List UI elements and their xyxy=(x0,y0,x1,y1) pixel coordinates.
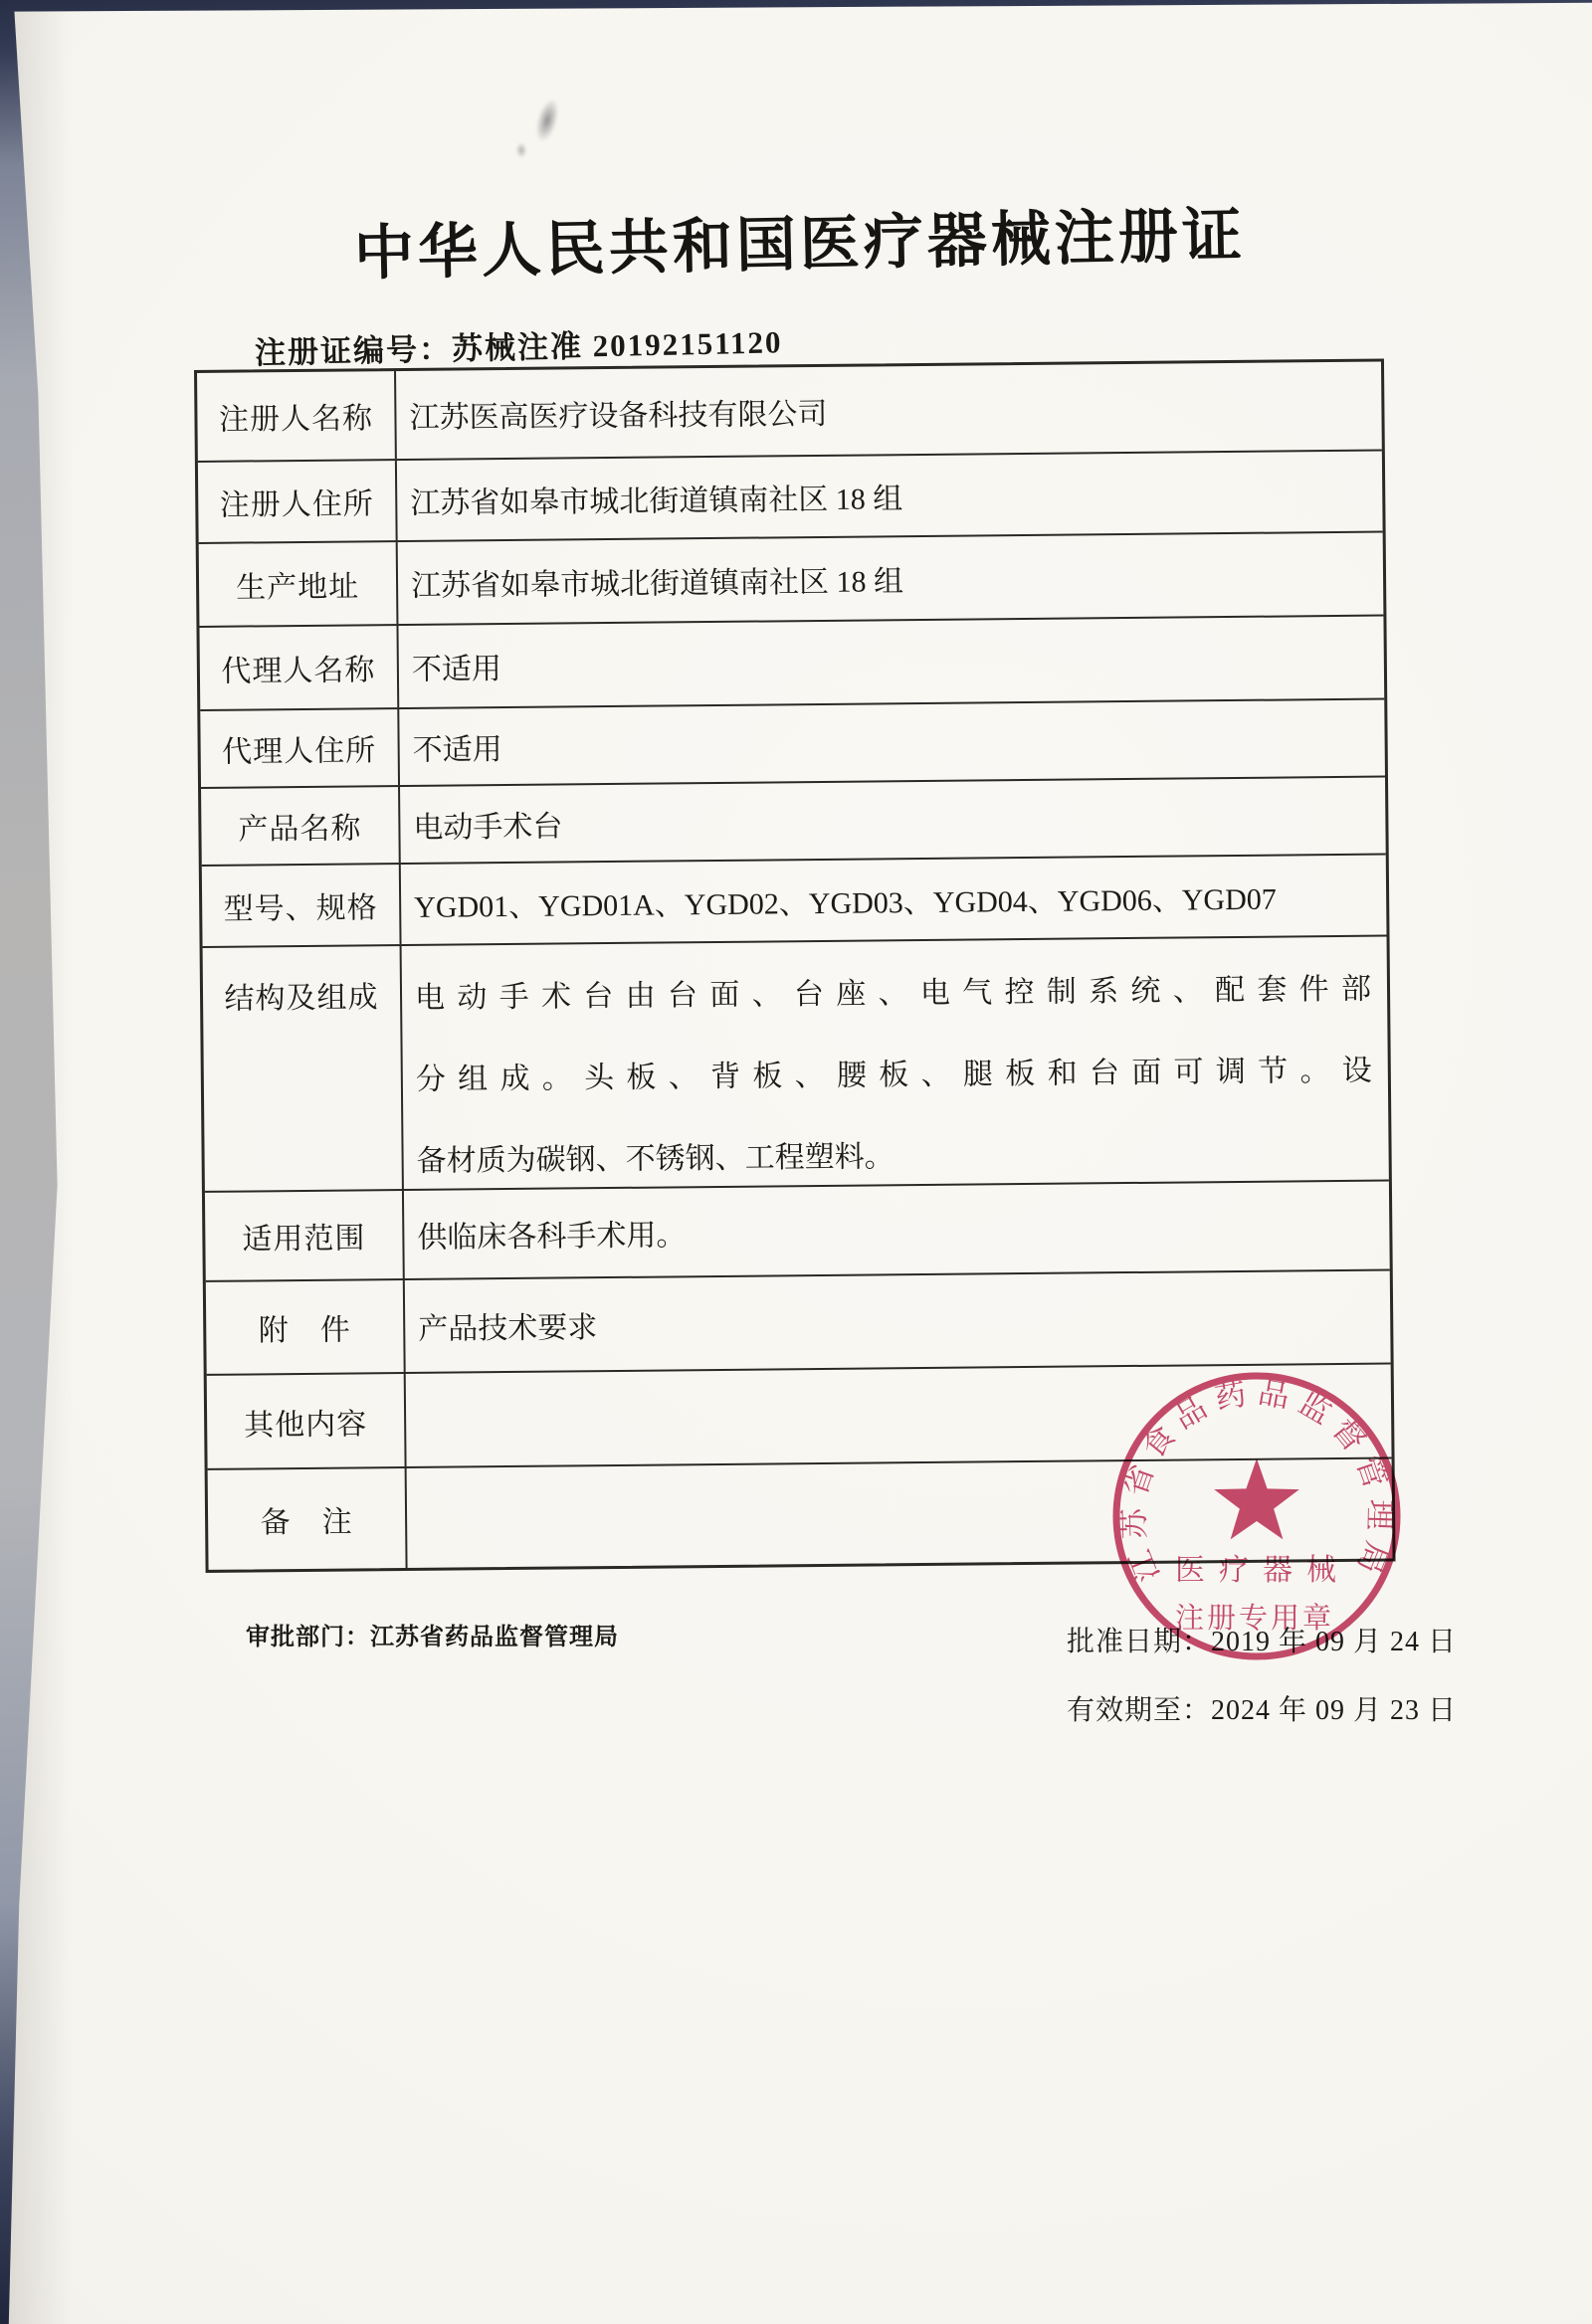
table-row: 型号、规格 YGD01、YGD01A、YGD02、YGD03、YGD04、YGD… xyxy=(202,854,1387,946)
table-row: 产品名称 电动手术台 xyxy=(201,776,1386,865)
row-value: 电动手术台由台面、台座、电气控制系统、配套件部 分组成。头板、背板、腰板、腿板和… xyxy=(402,937,1389,1189)
stamp-star-icon xyxy=(1214,1458,1299,1539)
approval-department-value: 江苏省药品监督管理局 xyxy=(370,1625,619,1650)
stamp-center-line2: 注册专用章 xyxy=(1175,1602,1334,1635)
row-label: 产品名称 xyxy=(201,787,401,865)
row-value: 产品技术要求 xyxy=(405,1271,1391,1372)
row-label: 代理人名称 xyxy=(199,626,399,709)
row-label: 备 注 xyxy=(208,1468,408,1570)
row-label: 生产地址 xyxy=(199,542,399,626)
valid-until-value: 2024 年 09 月 23 日 xyxy=(1211,1695,1457,1726)
row-value: 江苏医高医疗设备科技有限公司 xyxy=(396,362,1382,459)
row-value: 不适用 xyxy=(399,700,1385,785)
row-label: 代理人住所 xyxy=(200,709,400,787)
row-value: 电动手术台 xyxy=(400,778,1386,863)
row-label: 注册人名称 xyxy=(197,371,397,461)
row-label: 结构及组成 xyxy=(203,946,404,1191)
stamp-center-line1: 医疗器械 xyxy=(1175,1554,1350,1587)
approval-department-line: 审批部门：江苏省药品监督管理局 xyxy=(246,1617,619,1651)
valid-until-label: 有效期至： xyxy=(1067,1695,1211,1726)
row-label: 附 件 xyxy=(206,1280,406,1374)
row-label: 其他内容 xyxy=(207,1374,407,1468)
approval-department-label: 审批部门： xyxy=(246,1625,370,1650)
table-row: 结构及组成 电动手术台由台面、台座、电气控制系统、配套件部 分组成。头板、背板、… xyxy=(203,935,1389,1191)
row-value: 江苏省如皋市城北街道镇南社区 18 组 xyxy=(397,452,1383,540)
registration-number-value: 苏械注准 20192151120 xyxy=(452,324,783,366)
table-row: 代理人住所 不适用 xyxy=(200,698,1385,787)
row-value-line: 电动手术台由台面、台座、电气控制系统、配套件部 xyxy=(415,949,1372,1040)
row-value-line: 分组成。头板、背板、腰板、腿板和台面可调节。设 xyxy=(415,1031,1372,1121)
registration-number-line: 注册证编号：苏械注准 20192151120 xyxy=(254,316,782,372)
row-value-line: 备材质为碳钢、不锈钢、工程塑料。 xyxy=(416,1112,1373,1189)
table-row: 生产地址 江苏省如皋市城北街道镇南社区 18 组 xyxy=(199,531,1384,626)
row-value: 供临床各科手术用。 xyxy=(404,1182,1390,1278)
table-row: 适用范围 供临床各科手术用。 xyxy=(205,1180,1390,1280)
approval-stamp: 江苏省食品药品监督管理局 医疗器械 注册专用章 xyxy=(1107,1367,1406,1665)
row-value: YGD01、YGD01A、YGD02、YGD03、YGD04、YGD06、YGD… xyxy=(401,856,1387,944)
row-label: 型号、规格 xyxy=(202,865,402,946)
registration-number-label: 注册证编号： xyxy=(255,331,453,370)
certificate-title: 中华人民共和国医疗器械注册证 xyxy=(301,186,1298,292)
certificate-paper: 中华人民共和国医疗器械注册证 注册证编号：苏械注准 20192151120 注册… xyxy=(0,0,1592,2324)
row-value: 不适用 xyxy=(398,617,1384,707)
table-row: 注册人住所 江苏省如皋市城北街道镇南社区 18 组 xyxy=(198,450,1383,542)
valid-until-line: 有效期至：2024 年 09 月 23 日 xyxy=(1067,1688,1457,1728)
row-label: 注册人住所 xyxy=(198,461,398,542)
row-value: 江苏省如皋市城北街道镇南社区 18 组 xyxy=(398,533,1384,624)
table-row: 代理人名称 不适用 xyxy=(199,615,1384,709)
certificate-header: 中华人民共和国医疗器械注册证 注册证编号：苏械注准 20192151120 xyxy=(0,0,1592,415)
row-label: 适用范围 xyxy=(205,1191,405,1280)
table-row: 附 件 产品技术要求 xyxy=(206,1269,1391,1374)
table-row: 注册人名称 江苏医高医疗设备科技有限公司 xyxy=(197,362,1382,461)
